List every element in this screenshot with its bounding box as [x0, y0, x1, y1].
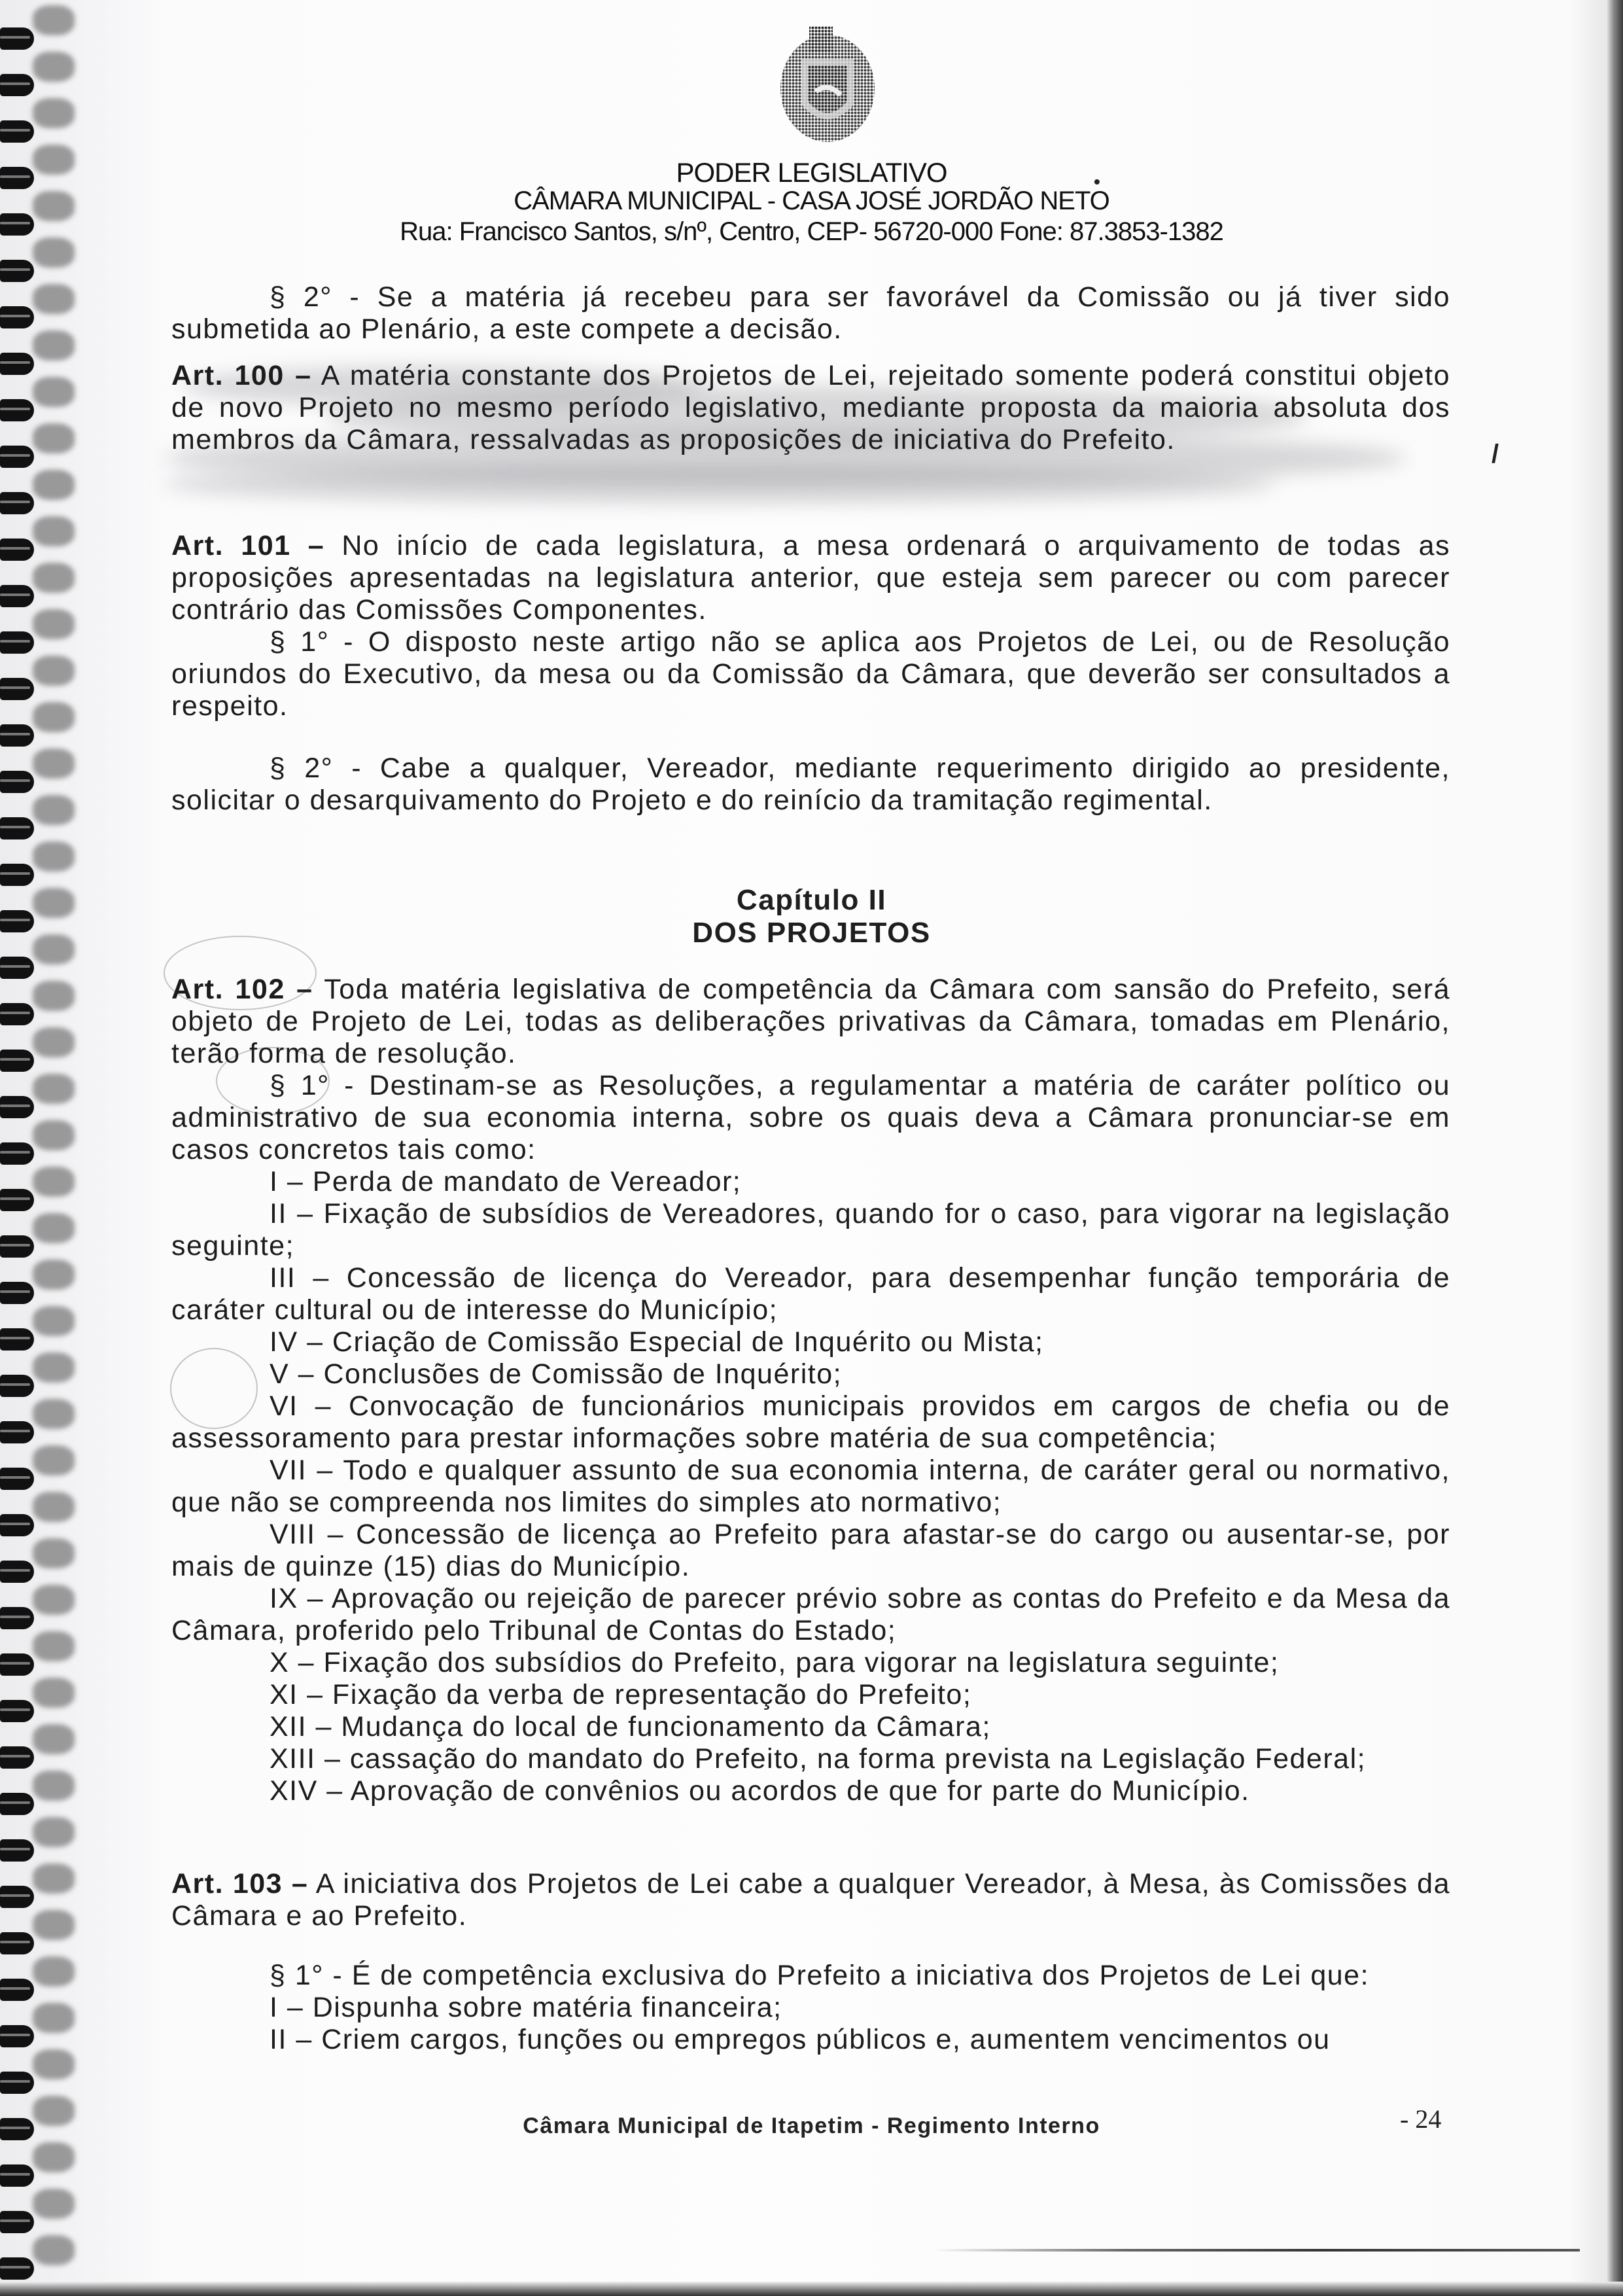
spiral-loop	[0, 478, 79, 523]
spiral-wire	[0, 27, 34, 50]
list-item: IX – Aprovação ou rejeição de parecer pr…	[171, 1583, 1450, 1647]
paragraph-text: É de competência exclusiva do Prefeito a…	[343, 1960, 1369, 1991]
punch-hole	[33, 1678, 75, 1708]
punch-hole	[33, 1910, 75, 1940]
spiral-loop	[0, 1918, 79, 1964]
punch-hole	[33, 2142, 75, 2172]
list-item: XI – Fixação da verba de representação d…	[171, 1679, 1450, 1711]
spiral-loop	[0, 13, 79, 59]
punch-hole	[33, 656, 75, 686]
spiral-wire	[0, 724, 34, 747]
list-item: VIII – Concessão de licença ao Prefeito …	[171, 1519, 1450, 1583]
paragraph-2-art99: § 2° - Se a matéria já recebeu para ser …	[171, 281, 1450, 345]
punch-hole	[33, 516, 75, 546]
spiral-wire	[0, 1421, 34, 1443]
spiral-wire	[0, 1746, 34, 1769]
paragraph-label: § 1° -	[270, 626, 354, 658]
punch-hole	[33, 284, 75, 314]
punch-hole	[33, 609, 75, 639]
punch-hole	[33, 841, 75, 872]
spiral-loop	[0, 292, 79, 338]
spiral-wire	[0, 817, 34, 839]
spiral-loop	[0, 1639, 79, 1685]
article-102: Art. 102 – Toda matéria legislativa de c…	[171, 974, 1450, 1807]
spiral-wire	[0, 2257, 34, 2280]
spiral-loop	[0, 663, 79, 709]
paragraph-label: § 2° -	[270, 752, 362, 784]
spiral-wire	[0, 1886, 34, 1908]
punch-hole	[33, 981, 75, 1011]
spiral-loop	[0, 1407, 79, 1453]
spiral-wire	[0, 1282, 34, 1304]
paragraph-2-art101: § 2° - Cabe a qualquer, Vereador, median…	[171, 752, 1450, 817]
spiral-wire	[0, 1050, 34, 1072]
margin-slash-mark: /	[1492, 440, 1499, 469]
spiral-loop	[0, 338, 79, 384]
punch-hole	[33, 1306, 75, 1336]
spiral-loop	[0, 2243, 79, 2289]
spiral-wire	[0, 1793, 34, 1815]
punch-hole	[33, 1120, 75, 1150]
spiral-loop	[0, 803, 79, 849]
list-item: I – Dispunha sobre matéria financeira;	[171, 1992, 1450, 2024]
chapter-number: Capítulo II	[0, 883, 1623, 917]
punch-hole	[33, 1956, 75, 1987]
article-100: Art. 100 – A matéria constante dos Proje…	[171, 360, 1450, 456]
spiral-loop	[0, 617, 79, 663]
punch-hole	[33, 1260, 75, 1290]
spiral-loop	[0, 710, 79, 756]
spiral-wire	[0, 1979, 34, 2001]
spiral-wire	[0, 1839, 34, 1862]
coat-of-arms-seal-icon	[769, 20, 886, 150]
spiral-wire	[0, 492, 34, 514]
paragraph-label: § 2° -	[270, 281, 360, 313]
punch-hole	[33, 563, 75, 593]
spiral-loop	[0, 989, 79, 1034]
spiral-wire	[0, 2164, 34, 2187]
spiral-loop	[0, 1732, 79, 1778]
punch-hole	[33, 1538, 75, 1568]
spiral-wire	[0, 1932, 34, 1954]
list-item: VI – Convocação de funcionários municipa…	[171, 1390, 1450, 1455]
spiral-loop	[0, 1174, 79, 1220]
spiral-loop	[0, 245, 79, 291]
punch-hole	[33, 795, 75, 825]
list-item: VII – Todo e qualquer assunto de sua eco…	[171, 1455, 1450, 1519]
article-text: Toda matéria legislativa de competência …	[171, 974, 1450, 1069]
spiral-wire	[0, 2211, 34, 2233]
punch-hole	[33, 1863, 75, 1894]
spiral-loop	[0, 1825, 79, 1871]
spiral-wire	[0, 1003, 34, 1025]
spiral-wire	[0, 957, 34, 979]
spiral-wire	[0, 1653, 34, 1676]
article-label: Art. 103 –	[171, 1868, 308, 1899]
paragraph-text: Se a matéria já recebeu para ser favoráv…	[171, 281, 1450, 345]
spiral-wire	[0, 771, 34, 793]
paragraph-label: § 1° -	[270, 1960, 343, 1991]
paragraph-label: § 1° -	[270, 1070, 355, 1101]
article-label: Art. 102 –	[171, 974, 313, 1005]
spiral-loop	[0, 2150, 79, 2196]
spiral-loop	[0, 1778, 79, 1824]
spiral-loop	[0, 2057, 79, 2103]
spiral-wire	[0, 1096, 34, 1118]
spiral-wire	[0, 2072, 34, 2094]
spiral-wire	[0, 631, 34, 654]
punch-hole	[33, 377, 75, 407]
paragraph-text: Destinam-se as Resoluções, a regulamenta…	[171, 1070, 1450, 1165]
spiral-loop	[0, 1964, 79, 2010]
punch-hole	[33, 330, 75, 361]
list-item: I – Perda de mandato de Vereador;	[171, 1166, 1450, 1198]
punch-hole	[33, 470, 75, 500]
footer-text: Câmara Municipal de Itapetim - Regimento…	[0, 2113, 1623, 2139]
spiral-loop	[0, 1546, 79, 1592]
list-item: XIII – cassação do mandato do Prefeito, …	[171, 1743, 1450, 1775]
punch-hole	[33, 2049, 75, 2079]
spiral-loop	[0, 60, 79, 105]
punch-hole	[33, 702, 75, 732]
spiral-wire	[0, 260, 34, 282]
spiral-loop	[0, 1871, 79, 1917]
punch-hole	[33, 1631, 75, 1661]
spiral-loop	[0, 2197, 79, 2242]
punch-hole	[33, 423, 75, 453]
list-item: X – Fixação dos subsídios do Prefeito, p…	[171, 1647, 1450, 1679]
list-item: V – Conclusões de Comissão de Inquérito;	[171, 1358, 1450, 1390]
punch-hole	[33, 5, 75, 35]
scan-artifact-line	[932, 2249, 1580, 2252]
spiral-wire	[0, 120, 34, 143]
spiral-wire	[0, 399, 34, 421]
spiral-loop	[0, 1082, 79, 1127]
article-text: A iniciativa dos Projetos de Lei cabe a …	[171, 1868, 1450, 1932]
spiral-loop	[0, 756, 79, 802]
article-text: A matéria constante dos Projetos de Lei,…	[171, 360, 1450, 455]
spiral-loop	[0, 431, 79, 477]
article-label: Art. 101 –	[171, 530, 324, 561]
punch-hole	[33, 1585, 75, 1615]
paragraph-text: Cabe a qualquer, Vereador, mediante requ…	[171, 752, 1450, 816]
article-103: Art. 103 – A iniciativa dos Projetos de …	[171, 1868, 1450, 1932]
spiral-loop	[0, 1267, 79, 1313]
spiral-loop	[0, 2011, 79, 2057]
list-item: XIV – Aprovação de convênios ou acordos …	[171, 1775, 1450, 1807]
punch-hole	[33, 1399, 75, 1429]
paragraph-1-art103: § 1° - É de competência exclusiva do Pre…	[171, 1960, 1450, 2056]
header-title: PODER LEGISLATIVO	[0, 157, 1623, 188]
punch-hole	[33, 52, 75, 82]
punch-hole	[33, 1817, 75, 1847]
spiral-loop	[0, 524, 79, 570]
spiral-loop	[0, 1593, 79, 1638]
spiral-wire	[0, 1189, 34, 1211]
spiral-wire	[0, 539, 34, 561]
page-bottom-edge	[0, 2282, 1623, 2296]
punch-hole	[33, 1213, 75, 1243]
header-institution: CÂMARA MUNICIPAL - CASA JOSÉ JORDÃO NETO	[0, 186, 1623, 216]
punch-hole	[33, 1724, 75, 1754]
punch-hole	[33, 1352, 75, 1383]
spiral-loop	[0, 1035, 79, 1081]
spiral-loop	[0, 385, 79, 431]
spiral-wire	[0, 1328, 34, 1351]
punch-hole	[33, 98, 75, 128]
punch-hole	[33, 2003, 75, 2033]
spiral-loop	[0, 1128, 79, 1174]
punch-hole	[33, 1445, 75, 1475]
spiral-loop	[0, 1453, 79, 1499]
spiral-wire	[0, 1468, 34, 1490]
article-text: No início de cada legislatura, a mesa or…	[171, 530, 1450, 626]
spiral-loop	[0, 1360, 79, 1406]
spiral-loop	[0, 1686, 79, 1731]
dot-mark: •	[1094, 171, 1100, 192]
spiral-loop	[0, 106, 79, 152]
spiral-wire	[0, 306, 34, 328]
spiral-loop	[0, 1221, 79, 1267]
spiral-wire	[0, 1700, 34, 1722]
list-item: III – Concessão de licença do Vereador, …	[171, 1262, 1450, 1326]
spiral-wire	[0, 1235, 34, 1258]
spiral-wire	[0, 678, 34, 700]
punch-hole	[33, 1027, 75, 1057]
spiral-binding	[0, 13, 79, 2290]
spiral-loop	[0, 1500, 79, 1545]
punch-hole	[33, 2235, 75, 2265]
spiral-wire	[0, 1561, 34, 1583]
spiral-wire	[0, 585, 34, 607]
paragraph-text: O disposto neste artigo não se aplica ao…	[171, 626, 1450, 722]
page-number: - 24	[1400, 2104, 1441, 2134]
page-edge-shadow	[1607, 0, 1623, 2296]
spiral-wire	[0, 74, 34, 96]
spiral-wire	[0, 446, 34, 468]
spiral-wire	[0, 2025, 34, 2047]
punch-hole	[33, 1167, 75, 1197]
spiral-wire	[0, 1375, 34, 1397]
list-item: II – Criem cargos, funções ou empregos p…	[171, 2024, 1450, 2056]
article-label: Art. 100 –	[171, 360, 312, 391]
spiral-loop	[0, 571, 79, 616]
spiral-wire	[0, 1142, 34, 1165]
spiral-wire	[0, 1514, 34, 1536]
spiral-wire	[0, 353, 34, 375]
article-101: Art. 101 – No início de cada legislatura…	[171, 530, 1450, 722]
punch-hole	[33, 1492, 75, 1522]
list-item: II – Fixação de subsídios de Vereadores,…	[171, 1198, 1450, 1262]
punch-hole	[33, 749, 75, 779]
smudge-mark	[164, 465, 1276, 504]
spiral-wire	[0, 864, 34, 886]
list-item: XII – Mudança do local de funcionamento …	[171, 1711, 1450, 1743]
punch-hole	[33, 1074, 75, 1104]
spiral-loop	[0, 1314, 79, 1360]
spiral-wire	[0, 1607, 34, 1629]
punch-hole	[33, 2189, 75, 2219]
header-address: Rua: Francisco Santos, s/nº, Centro, CEP…	[0, 217, 1623, 247]
list-item: IV – Criação de Comissão Especial de Inq…	[171, 1326, 1450, 1358]
punch-hole	[33, 1771, 75, 1801]
